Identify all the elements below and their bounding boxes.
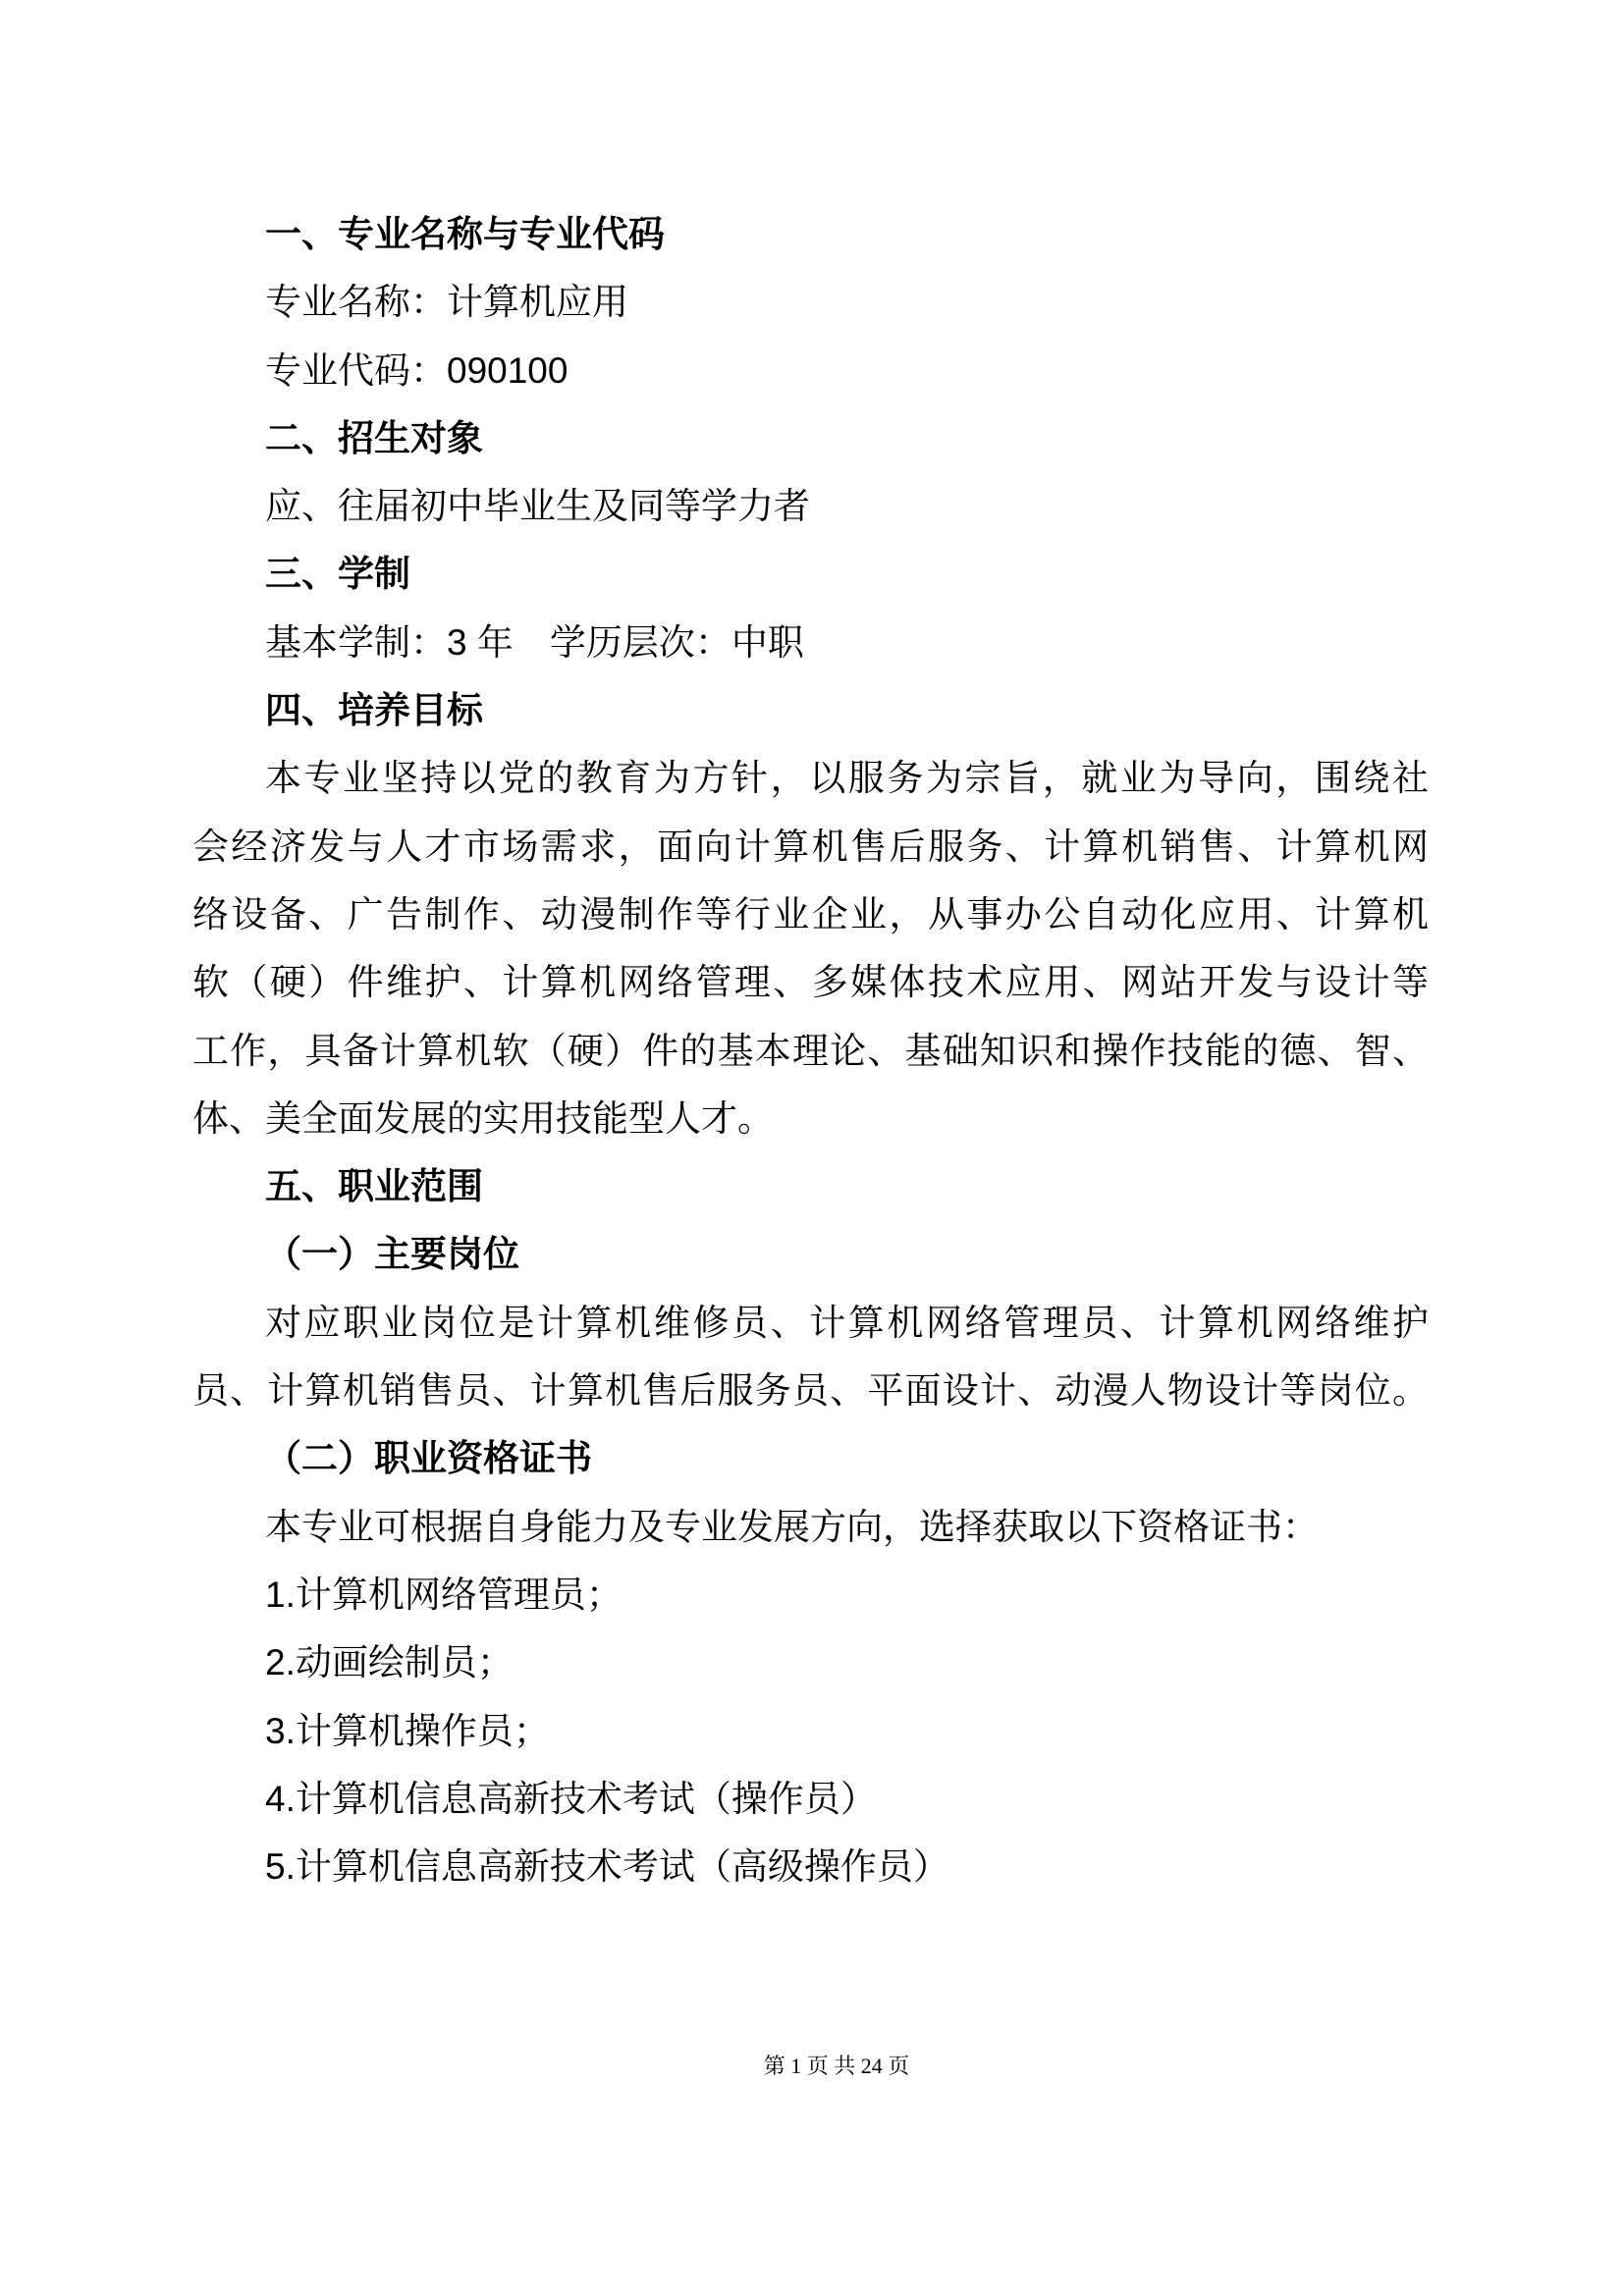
section-heading: 二、招生对象	[192, 404, 1429, 472]
text-line: 络设备、广告制作、动漫制作等行业企业，从事办公自动化应用、计算机	[192, 881, 1429, 948]
section-heading: （一）主要岗位	[192, 1220, 1429, 1288]
section-heading: （二）职业资格证书	[192, 1424, 1429, 1492]
text-line: 应、往届初中毕业生及同等学力者	[192, 472, 1429, 540]
text-line: 员、计算机销售员、计算机售后服务员、平面设计、动漫人物设计等岗位。	[192, 1357, 1429, 1424]
section-heading: 三、学制	[192, 540, 1429, 608]
text-line: 5.计算机信息高新技术考试（高级操作员）	[192, 1833, 1429, 1900]
page-number-footer: 第 1 页 共 24 页	[0, 2052, 1624, 2081]
text-line: 本专业可根据自身能力及专业发展方向，选择获取以下资格证书：	[192, 1493, 1429, 1561]
section-heading: 四、培养目标	[192, 676, 1429, 744]
section-heading: 一、专业名称与专业代码	[192, 200, 1429, 268]
text-line: 基本学制：3 年 学历层次：中职	[192, 609, 1429, 676]
text-line: 1.计算机网络管理员；	[192, 1561, 1429, 1629]
text-line: 专业代码：090100	[192, 337, 1429, 404]
document-body: 一、专业名称与专业代码专业名称：计算机应用专业代码：090100二、招生对象应、…	[192, 200, 1429, 1900]
text-line: 4.计算机信息高新技术考试（操作员）	[192, 1765, 1429, 1833]
section-heading: 五、职业范围	[192, 1152, 1429, 1220]
text-line: 工作，具备计算机软（硬）件的基本理论、基础知识和操作技能的德、智、	[192, 1017, 1429, 1085]
text-line: 2.动画绘制员；	[192, 1629, 1429, 1696]
text-line: 会经济发与人才市场需求，面向计算机售后服务、计算机销售、计算机网	[192, 813, 1429, 881]
document-page: 一、专业名称与专业代码专业名称：计算机应用专业代码：090100二、招生对象应、…	[0, 0, 1624, 2296]
text-line: 专业名称：计算机应用	[192, 268, 1429, 336]
text-line: 软（硬）件维护、计算机网络管理、多媒体技术应用、网站开发与设计等	[192, 948, 1429, 1016]
text-line: 3.计算机操作员；	[192, 1697, 1429, 1765]
text-line: 体、美全面发展的实用技能型人才。	[192, 1085, 1429, 1152]
text-line: 本专业坚持以党的教育为方针，以服务为宗旨，就业为导向，围绕社	[192, 744, 1429, 812]
text-line: 对应职业岗位是计算机维修员、计算机网络管理员、计算机网络维护	[192, 1289, 1429, 1357]
